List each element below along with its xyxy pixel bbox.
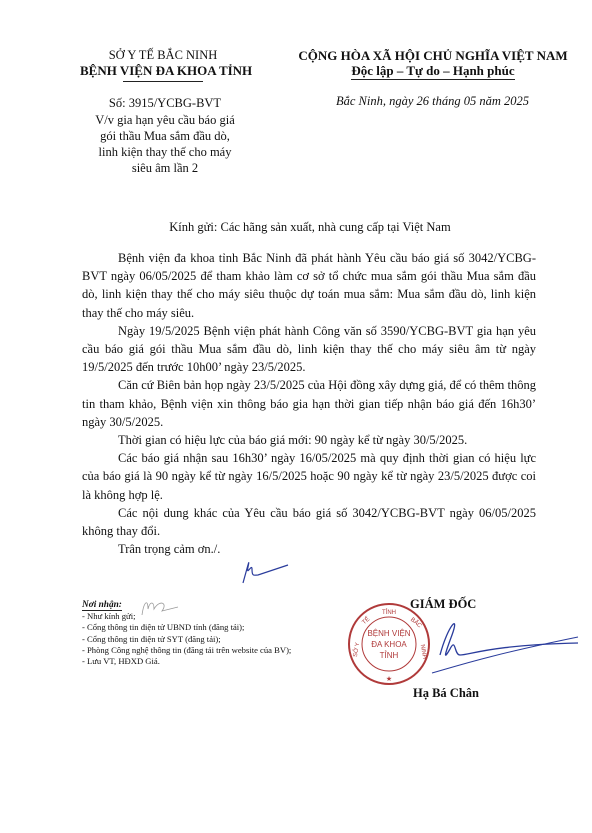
paragraph: Các nội dung khác của Yêu cầu báo giá số…: [82, 504, 536, 540]
initial-signature-icon: [240, 555, 290, 585]
place-date: Bắc Ninh, ngày 26 tháng 05 năm 2025: [336, 94, 586, 109]
recipient-item: - Lưu VT, HĐXD Giá.: [82, 656, 382, 667]
signer-name: Hạ Bá Chân: [413, 686, 479, 701]
motto: Độc lập – Tự do – Hạnh phúc: [351, 63, 514, 80]
recipients-title: Nơi nhận:: [82, 600, 122, 611]
svg-text:NINH: NINH: [419, 644, 427, 659]
header-underline: [123, 81, 203, 82]
recipient-item: - Như kính gửi;: [82, 611, 382, 622]
paragraph: Thời gian có hiệu lực của báo giá mới: 9…: [82, 431, 536, 449]
director-signature-icon: [430, 615, 580, 685]
recipient-item: - Cổng thông tin điện tử SYT (đăng tải);: [82, 634, 382, 645]
subject-line: V/v gia hạn yêu cầu báo giá: [80, 112, 250, 128]
agency-name: SỞ Y TẾ BẮC NINH: [88, 48, 238, 63]
issuer-header: SỞ Y TẾ BẮC NINH BỆNH VIỆN ĐA KHOA TỈNH: [88, 48, 238, 82]
document-number: Số: 3915/YCBG-BVT: [80, 95, 250, 111]
country-name: CỘNG HÒA XÃ HỘI CHỦ NGHĨA VIỆT NAM: [288, 48, 578, 63]
recipient-initial-icon: [140, 597, 180, 617]
official-stamp-icon: TỈNH BẮC NINH TẾ SỞ Y ★ BỆNH VIỆN ĐA KHO…: [347, 602, 431, 686]
recipient-item: - Phòng Công nghệ thông tin (đăng tải tr…: [82, 645, 382, 656]
stamp-text: ĐA KHOA: [371, 640, 407, 649]
recipient-item: - Cổng thông tin điện tử UBND tỉnh (đăng…: [82, 622, 382, 633]
svg-text:★: ★: [386, 675, 392, 683]
closing: Trân trọng cảm ơn./.: [82, 540, 536, 558]
subject-line: siêu âm lần 2: [80, 160, 250, 176]
paragraph: Căn cứ Biên bản họp ngày 23/5/2025 của H…: [82, 376, 536, 431]
paragraph: Ngày 19/5/2025 Bệnh viện phát hành Công …: [82, 322, 536, 377]
svg-text:SỞ Y: SỞ Y: [352, 642, 361, 658]
paragraph: Các báo giá nhận sau 16h30’ ngày 16/05/2…: [82, 449, 536, 504]
subject: V/v gia hạn yêu cầu báo giá gói thầu Mua…: [80, 112, 250, 176]
paragraph: Bệnh viện đa khoa tỉnh Bắc Ninh đã phát …: [82, 249, 536, 322]
letter-body: Bệnh viện đa khoa tỉnh Bắc Ninh đã phát …: [82, 249, 536, 558]
national-header: CỘNG HÒA XÃ HỘI CHỦ NGHĨA VIỆT NAM Độc l…: [288, 48, 578, 79]
svg-text:TỈNH: TỈNH: [382, 609, 396, 616]
subject-line: gói thầu Mua sắm đầu dò,: [80, 128, 250, 144]
stamp-text: BỆNH VIỆN: [367, 629, 410, 638]
subject-line: linh kiện thay thế cho máy: [80, 144, 250, 160]
greeting: Kính gửi: Các hãng sản xuất, nhà cung cấ…: [80, 220, 540, 235]
recipients-block: Nơi nhận: - Như kính gửi; - Cổng thông t…: [82, 600, 382, 667]
stamp-text: TỈNH: [380, 651, 399, 660]
organization-name: BỆNH VIỆN ĐA KHOA TỈNH: [80, 63, 250, 79]
